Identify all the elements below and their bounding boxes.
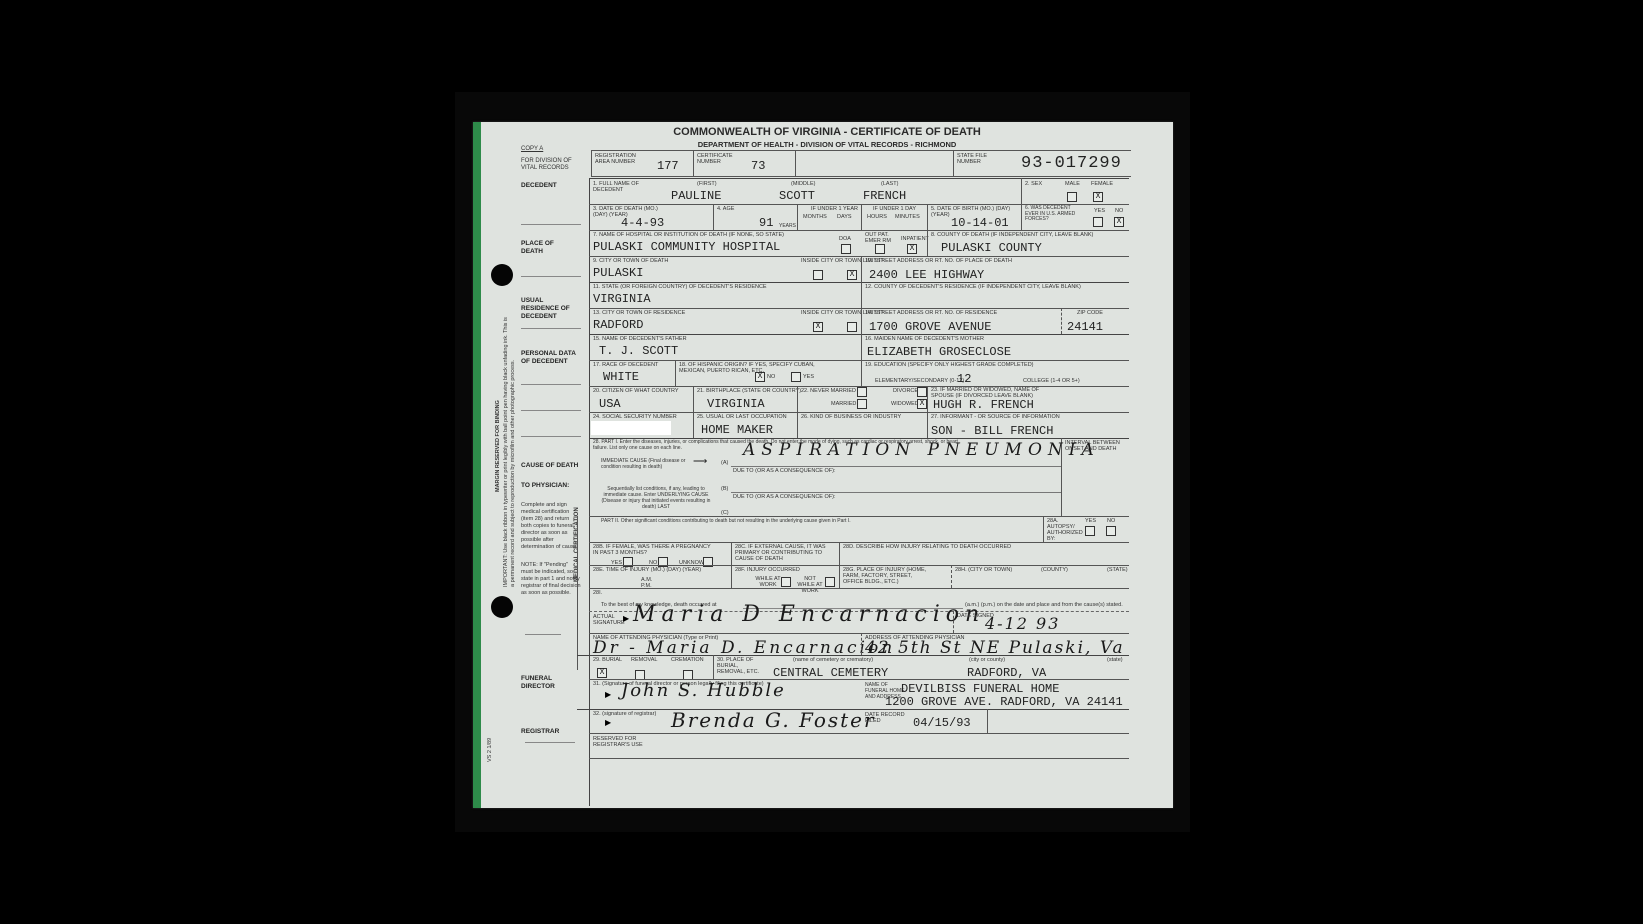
cause-b-label: (B) (721, 486, 728, 492)
copy-for-label: FOR DIVISION OF VITAL RECORDS (521, 158, 581, 172)
margin-note: MARGIN RESERVED FOR BINDING (495, 400, 501, 492)
business-label: 26. KIND OF BUSINESS OR INDUSTRY (801, 414, 901, 420)
informant-value: SON - BILL FRENCH (931, 424, 1053, 438)
registration-area-number: 177 (657, 159, 679, 173)
reserved-label: RESERVED FOR REGISTRAR'S USE (593, 736, 673, 748)
county-of-death-value: PULASKI COUNTY (941, 241, 1042, 255)
certificate-subtitle: DEPARTMENT OF HEALTH - DIVISION OF VITAL… (481, 140, 1173, 149)
married-checkbox[interactable] (857, 399, 867, 409)
citizen-value: USA (599, 397, 621, 411)
external-cause-label: 28c. IF EXTERNAL CAUSE, IT WAS PRIMARY o… (735, 544, 835, 562)
binding-hole (491, 264, 513, 286)
section-personal-data: PERSONAL DATA OF DECEDENT (521, 350, 576, 366)
residence-street-label: 14. STREET ADDRESS OR RT. NO. OF RESIDEN… (865, 310, 997, 316)
state-of-injury-label: (state) (1107, 567, 1128, 573)
arrow-marker-icon: ▶ (605, 718, 611, 727)
age-label: 4. AGE (717, 206, 734, 212)
director-signature: John S. Hubble (621, 680, 786, 701)
residence-inside-yes-checkbox[interactable]: X (813, 322, 823, 332)
citizen-label: 20. CITIZEN OF WHAT COUNTRY (593, 388, 679, 394)
full-name-label: 1. FULL NAME OF DECEDENT (593, 181, 643, 193)
section-cause-of-death: CAUSE OF DEATH (521, 462, 578, 470)
date-of-death-value: 4-4-93 (621, 216, 664, 230)
hispanic-yes-label: yes (803, 374, 814, 380)
burial-checkbox[interactable]: X (597, 668, 607, 678)
section-place-of-death: PLACE OF DEATH (521, 240, 571, 256)
race-value: WHITE (603, 370, 639, 384)
cremation-label: CREMATION (671, 657, 704, 663)
street-of-death-value: 2400 LEE HIGHWAY (869, 268, 984, 282)
autopsy-yes-label: yes (1085, 518, 1096, 524)
immediate-cause-value: ASPIRATION PNEUMONIA (743, 440, 1100, 460)
place-of-injury-label: 28g. PLACE OF INJURY (home, farm, factor… (843, 567, 933, 585)
middle-name-label: (middle) (791, 181, 815, 187)
days-label: days (837, 214, 852, 220)
sequential-label: Sequentially list conditions, if any, le… (601, 486, 711, 510)
occupation-label: 25. USUAL OR LAST OCCUPATION (697, 414, 787, 420)
place-of-burial-label: 30. PLACE OF BURIAL, REMOVAL, ETC. (717, 657, 767, 675)
age-value: 91 (759, 216, 773, 230)
informant-label: 27. INFORMANT - OR SOURCE OF INFORMATION (931, 414, 1060, 420)
birthplace-value: VIRGINIA (707, 397, 765, 411)
doa-checkbox[interactable] (841, 244, 851, 254)
city-of-death-label: 9. CITY OR TOWN OF DEATH (593, 258, 668, 264)
inpatient-checkbox[interactable]: X (907, 244, 917, 254)
while-at-work-checkbox[interactable] (781, 577, 791, 587)
under-1-year-label: IF UNDER 1 YEAR (811, 206, 858, 212)
registrar-signature: Brenda G. Foster (671, 708, 876, 732)
sex-label: 2. SEX (1025, 181, 1042, 187)
birthplace-label: 21. BIRTHPLACE (state or country) (697, 388, 801, 394)
part2-label: PART II. Other significant conditions co… (601, 518, 851, 524)
cemetery-city-county-label: (city or county) (969, 657, 1005, 663)
hispanic-no-label: no (767, 374, 775, 380)
elementary-value: 12 (957, 372, 971, 386)
residence-state-label: 11. STATE (OR FOREIGN COUNTRY) OF DECEDE… (593, 284, 767, 290)
father-value: T. J. SCOTT (599, 344, 678, 358)
funeral-home-address: 1200 GROVE AVE. RADFORD, VA 24141 (885, 695, 1123, 709)
county-of-death-label: 8. COUNTY OF DEATH (if independent city,… (931, 232, 1093, 238)
residence-county-label: 12. COUNTY OF DECEDENT'S RESIDENCE (if i… (865, 284, 1081, 290)
months-label: months (803, 214, 827, 220)
state-file-number: 93-017299 (1021, 154, 1122, 173)
armed-forces-no-label: no (1115, 208, 1123, 214)
elementary-label: Elementary/Secondary (0-12) (875, 378, 964, 384)
widowed-label: WIDOWED (891, 401, 919, 407)
binding-hole (491, 596, 513, 618)
date-filed-label: DATE RECORD FILED (865, 712, 905, 724)
injury-description-label: 28d. DESCRIBE HOW INJURY RELATING TO DEA… (843, 544, 1011, 550)
certificate-number: 73 (751, 159, 765, 173)
armed-forces-yes-checkbox[interactable] (1093, 217, 1103, 227)
autopsy-no-label: no (1107, 518, 1115, 524)
armed-forces-label: 6. WAS DECEDENT EVER IN U.S. ARMED FORCE… (1025, 206, 1080, 223)
injury-occurred-label: 28f. INJURY OCCURRED (735, 567, 800, 573)
certify-text-end: (a.m.) (p.m.) on the date and place and … (965, 602, 1123, 608)
outpatient-label: Out Pat. Emer Rm (865, 232, 895, 244)
death-inside-no-checkbox[interactable]: X (847, 270, 857, 280)
arrow-marker-icon: ▶ (605, 690, 611, 699)
zip-label: ZIP CODE (1077, 310, 1103, 316)
zip-value: 24141 (1067, 320, 1103, 334)
dob-value: 10-14-01 (951, 216, 1009, 230)
physician-signature: Maria D Encarnacion (633, 602, 985, 627)
important-note: IMPORTANT: Use black ribbon in typewrite… (503, 317, 517, 587)
autopsy-no-checkbox[interactable] (1106, 526, 1116, 536)
minutes-label: minutes (895, 214, 920, 220)
hispanic-yes-checkbox[interactable] (791, 372, 801, 382)
cemetery-state-label: (state) (1107, 657, 1123, 663)
section-decedent: DECEDENT (521, 182, 557, 190)
physician-instructions: Complete and sign medical certification … (521, 502, 581, 551)
county-of-injury-label: (county) (1041, 567, 1068, 573)
first-name-value: PAULINE (671, 189, 721, 203)
cemetery-value: CENTRAL CEMETERY (773, 666, 888, 680)
certificate-title: COMMONWEALTH OF VIRGINIA - CERTIFICATE O… (481, 126, 1173, 138)
immediate-cause-label: IMMEDIATE CAUSE (Final disease or condit… (601, 458, 691, 470)
arrow-marker-icon: ▶ (623, 614, 629, 623)
arrow-right-icon: ⟶ (693, 456, 707, 467)
residence-city-label: 13. CITY OR TOWN OF RESIDENCE (593, 310, 685, 316)
not-while-at-work-label: not while at work (795, 576, 825, 594)
cause-a-label: (A) (721, 460, 728, 466)
never-married-checkbox[interactable] (857, 387, 867, 397)
street-of-death-label: 10. STREET ADDRESS OR RT. NO. OF PLACE O… (865, 258, 1012, 264)
city-of-injury-label: 28h. (city or town) (955, 567, 1012, 573)
hospital-label: 7. NAME OF HOSPITAL OR INSTITUTION OF DE… (593, 232, 784, 238)
time-of-injury-label: 28e. TIME OF INJURY (mo.) (day) (year) (593, 567, 701, 573)
armed-forces-no-checkbox[interactable]: X (1114, 217, 1124, 227)
sex-female-label: female (1091, 181, 1113, 187)
date-signed-value: 4-12 93 (985, 614, 1060, 633)
signature-label: ACTUAL SIGNATURE (593, 614, 623, 626)
city-of-death-value: PULASKI (593, 266, 643, 280)
burial-label: 29. BURIAL (593, 657, 622, 663)
residence-inside-no-checkbox[interactable] (847, 322, 857, 332)
first-name-label: (first) (697, 181, 717, 187)
death-certificate: MARGIN RESERVED FOR BINDING IMPORTANT: U… (473, 122, 1173, 808)
father-label: 15. NAME OF DECEDENT'S FATHER (593, 336, 687, 342)
copy-label: COPY A (521, 146, 543, 152)
cemetery-name-label: (name of cemetery or crematory) (793, 657, 873, 663)
inpatient-label: Inpatient (901, 236, 929, 242)
college-label: College (1-4 or 5+) (1023, 378, 1080, 384)
mother-value: ELIZABETH GROSECLOSE (867, 345, 1011, 359)
sex-female-checkbox[interactable]: X (1093, 192, 1103, 202)
ssn-label: 24. SOCIAL SECURITY NUMBER (593, 414, 677, 420)
hospital-value: PULASKI COMMUNITY HOSPITAL (593, 240, 780, 254)
married-label: MARRIED (831, 401, 856, 407)
spouse-value: HUGH R. FRENCH (933, 398, 1034, 412)
never-married-label: 22. NEVER MARRIED (801, 388, 856, 394)
occupation-value: HOME MAKER (701, 423, 773, 437)
mother-label: 16. MAIDEN NAME OF DECEDENT'S MOTHER (865, 336, 984, 342)
to-physician-label: TO PHYSICIAN: (521, 482, 571, 490)
while-at-work-label: while at work (753, 576, 783, 588)
years-label: years (779, 223, 796, 229)
armed-forces-yes-label: yes (1094, 208, 1105, 214)
residence-street-value: 1700 GROVE AVENUE (869, 320, 991, 334)
cemetery-location-value: RADFORD, VA (967, 666, 1046, 680)
autopsy-yes-checkbox[interactable] (1085, 526, 1095, 536)
hours-label: hours (867, 214, 887, 220)
registration-area-label: REGISTRATION AREA NUMBER (595, 153, 645, 165)
sex-male-checkbox[interactable] (1067, 192, 1077, 202)
pending-note: NOTE: If "Pending" must be indicated, so… (521, 562, 581, 597)
funeral-home-name: DEVILBISS FUNERAL HOME (901, 682, 1059, 696)
last-name-value: FRENCH (863, 189, 906, 203)
state-file-label: STATE FILE NUMBER (957, 153, 997, 165)
doa-label: DOA (839, 236, 851, 242)
residence-city-value: RADFORD (593, 318, 643, 332)
due-to-label-b: DUE TO (OR AS A CONSEQUENCE OF): (733, 494, 835, 500)
widowed-checkbox[interactable]: X (917, 399, 927, 409)
pregnancy-label: 28b. IF FEMALE, WAS THERE A PREGNANCY IN… (593, 544, 713, 556)
outpatient-checkbox[interactable] (875, 244, 885, 254)
divorced-checkbox[interactable] (917, 387, 927, 397)
ssn-redacted (591, 421, 671, 435)
form-code: VS 2 1/89 (487, 738, 493, 762)
last-name-label: (last) (881, 181, 898, 187)
hispanic-no-checkbox[interactable]: X (755, 372, 765, 382)
sex-male-label: male (1065, 181, 1080, 187)
section-usual-residence: USUAL RESIDENCE OF DECEDENT (521, 297, 581, 321)
removal-label: REMOVAL (631, 657, 658, 663)
section-funeral-director: FUNERAL DIRECTOR (521, 675, 571, 691)
registrar-signature-label: 32. (signature of registrar) (593, 711, 656, 717)
section-registrar: REGISTRAR (521, 728, 559, 736)
certify-item-label: 28i. (593, 590, 602, 596)
race-label: 17. RACE OF DECEDENT (593, 362, 658, 368)
death-inside-yes-checkbox[interactable] (813, 270, 823, 280)
residence-state-value: VIRGINIA (593, 292, 651, 306)
autopsy-label: 28a. AUTOPSY/ AUTHORIZED BY: (1047, 518, 1087, 542)
certificate-number-label: CERTIFICATE NUMBER (697, 153, 737, 165)
date-filed-value: 04/15/93 (913, 716, 971, 730)
under-1-day-label: IF UNDER 1 DAY (873, 206, 916, 212)
not-while-at-work-checkbox[interactable] (825, 577, 835, 587)
middle-name-value: SCOTT (779, 189, 815, 203)
education-label: 19. EDUCATION (Specify only highest grad… (865, 362, 1034, 368)
due-to-label-a: DUE TO (OR AS A CONSEQUENCE OF): (733, 468, 835, 474)
